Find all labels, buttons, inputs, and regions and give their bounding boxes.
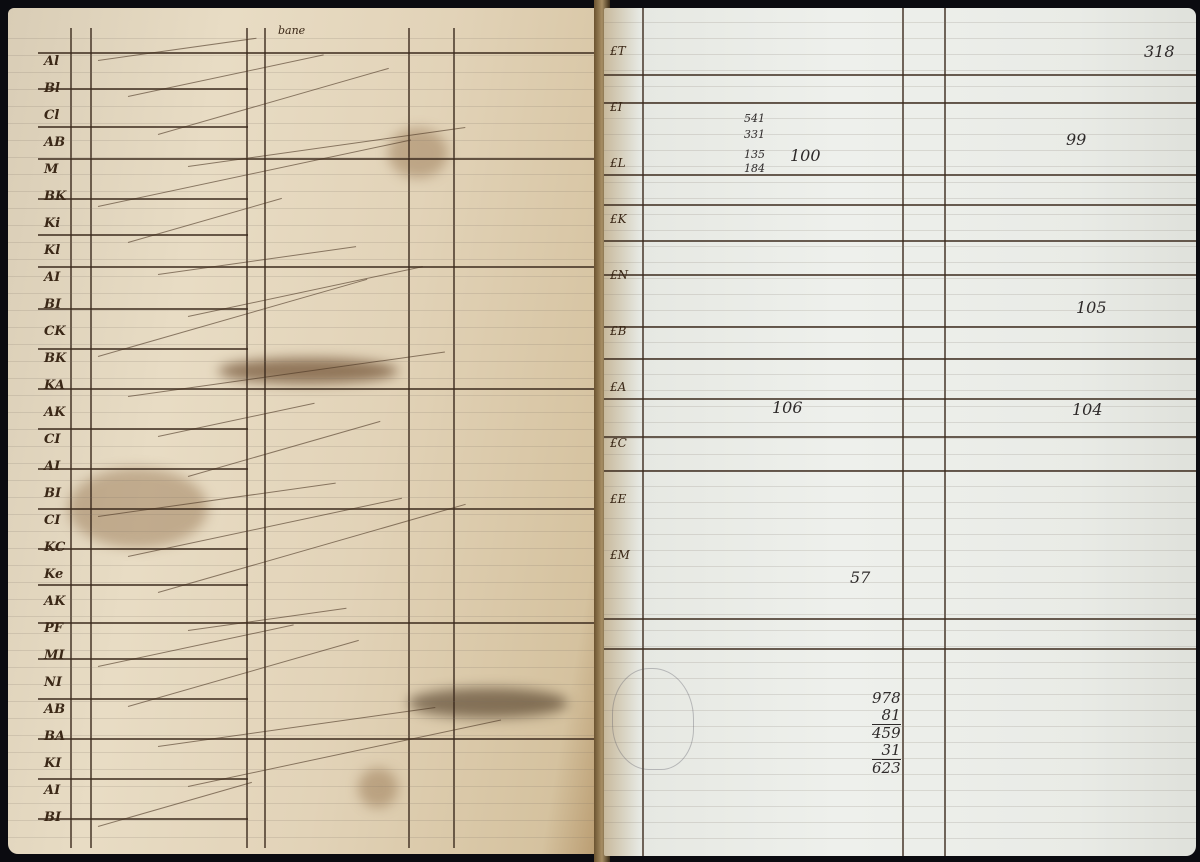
row-label: KA xyxy=(44,378,65,393)
ruled-line xyxy=(8,684,600,685)
ruled-line xyxy=(8,701,600,702)
row-label: £K xyxy=(610,212,627,226)
stacked-figure: 184 xyxy=(744,162,765,175)
ruled-line xyxy=(604,838,1196,839)
column-rule xyxy=(264,28,266,848)
ruled-line xyxy=(604,678,1196,679)
row-label: £I xyxy=(610,100,622,114)
cancellation-stroke xyxy=(158,707,435,747)
cancellation-stroke xyxy=(158,68,389,135)
ledger-line xyxy=(38,698,248,700)
row-label: CI xyxy=(44,432,60,447)
ruled-line xyxy=(8,327,600,328)
row-label: Kl xyxy=(44,243,60,258)
ledger-line xyxy=(38,266,598,268)
ruled-line xyxy=(8,174,600,175)
row-label: BA xyxy=(44,729,65,744)
stacked-figure: 541 xyxy=(744,112,765,125)
ruled-line xyxy=(8,786,600,787)
ruled-line xyxy=(8,276,600,277)
ruled-line xyxy=(8,55,600,56)
ruled-line xyxy=(604,246,1196,247)
ruled-line xyxy=(8,140,600,141)
row-label: £L xyxy=(610,156,626,170)
cancellation-stroke xyxy=(158,246,356,275)
ruled-line xyxy=(8,361,600,362)
ruled-line xyxy=(8,191,600,192)
ruled-line xyxy=(8,446,600,447)
ledger-line xyxy=(604,204,1196,206)
row-label: AB xyxy=(44,702,65,717)
column-rule xyxy=(90,28,92,848)
cancellation-stroke xyxy=(128,198,282,243)
ledger-line xyxy=(604,398,1196,400)
row-label: AI xyxy=(44,783,60,798)
ruled-line xyxy=(604,566,1196,567)
ruled-line xyxy=(604,214,1196,215)
margin-number: 99 xyxy=(1066,130,1086,149)
margin-number: 105 xyxy=(1076,298,1107,317)
ruled-line xyxy=(8,208,600,209)
ledger-line xyxy=(604,74,1196,76)
row-label: Ki xyxy=(44,216,60,231)
row-label: £N xyxy=(610,268,628,282)
cancellation-stroke xyxy=(98,279,367,357)
ruled-line xyxy=(604,150,1196,151)
margin-number: 100 xyxy=(790,146,821,165)
margin-number: 57 xyxy=(850,568,870,587)
ruled-line xyxy=(604,310,1196,311)
row-label: £A xyxy=(610,380,626,394)
ruled-line xyxy=(8,837,600,838)
face-sketch xyxy=(612,668,694,770)
ledger-line xyxy=(38,584,248,586)
sum-total: 623 xyxy=(872,759,901,777)
ruled-line xyxy=(604,822,1196,823)
ruled-line xyxy=(604,614,1196,615)
ruled-line xyxy=(604,38,1196,39)
ruled-line xyxy=(8,650,600,651)
margin-number: 106 xyxy=(772,398,803,417)
ledger-line xyxy=(604,174,1196,176)
row-label: Cl xyxy=(44,108,59,123)
column-rule xyxy=(246,28,248,848)
ruled-line xyxy=(604,534,1196,535)
row-label: CI xyxy=(44,513,60,528)
ledger-line xyxy=(604,648,1196,650)
ledger-line xyxy=(38,428,248,430)
row-label: BK xyxy=(44,351,66,366)
ruled-line xyxy=(604,342,1196,343)
row-label: AK xyxy=(44,405,65,420)
ruled-line xyxy=(604,502,1196,503)
sum-line: 978 xyxy=(872,690,901,707)
ruled-line xyxy=(8,718,600,719)
ruled-line xyxy=(8,242,600,243)
stacked-figure: 135 xyxy=(744,148,765,161)
row-label: AI xyxy=(44,270,60,285)
row-label: PF xyxy=(44,621,63,636)
cancellation-stroke xyxy=(188,608,347,631)
row-label: KI xyxy=(44,756,61,771)
stacked-figure: 331 xyxy=(744,128,765,141)
ruled-line xyxy=(604,422,1196,423)
row-label: Bl xyxy=(44,81,60,96)
ledger-line xyxy=(38,818,248,820)
column-rule xyxy=(944,8,946,856)
ruled-line xyxy=(604,406,1196,407)
row-label: BI xyxy=(44,486,61,501)
ruled-line xyxy=(8,803,600,804)
ruled-line xyxy=(604,22,1196,23)
ruled-line xyxy=(604,262,1196,263)
ruled-line xyxy=(604,662,1196,663)
ledger-line xyxy=(604,326,1196,328)
ruled-line xyxy=(8,599,600,600)
ruled-line xyxy=(604,374,1196,375)
ruled-line xyxy=(8,72,600,73)
ruled-line xyxy=(604,598,1196,599)
ruled-line xyxy=(8,531,600,532)
column-rule xyxy=(408,28,410,848)
row-label: CK xyxy=(44,324,66,339)
ruled-line xyxy=(604,582,1196,583)
ruled-line xyxy=(8,633,600,634)
ruled-line xyxy=(604,70,1196,71)
ruled-line xyxy=(8,310,600,311)
scribble-block xyxy=(408,688,568,718)
row-label: £T xyxy=(610,44,626,58)
ruled-line xyxy=(604,118,1196,119)
row-label: £E xyxy=(610,492,626,506)
ruled-line xyxy=(604,550,1196,551)
ledger-line xyxy=(38,548,248,550)
row-label: M xyxy=(44,162,58,177)
row-label: MI xyxy=(44,648,64,663)
column-rule xyxy=(902,8,904,856)
ruled-line xyxy=(604,182,1196,183)
cancellation-stroke xyxy=(98,38,257,61)
ledger-line xyxy=(604,618,1196,620)
left-page: bane AlBlClABMBKKiKlAIBICKBKKAAKCIAIBICI… xyxy=(8,8,600,854)
sum-block: 978 81 459 31 623 xyxy=(872,690,901,777)
ruled-line xyxy=(604,230,1196,231)
ruled-line xyxy=(8,395,600,396)
cancellation-stroke xyxy=(158,403,315,437)
row-label: BK xyxy=(44,189,66,204)
row-label: BI xyxy=(44,297,61,312)
ruled-line xyxy=(8,480,600,481)
ledger-line xyxy=(38,234,248,236)
ruled-line xyxy=(604,438,1196,439)
row-label: KC xyxy=(44,540,65,555)
ruled-line xyxy=(8,514,600,515)
sum-line: 31 xyxy=(872,742,901,759)
ruled-line xyxy=(604,294,1196,295)
ledger-line xyxy=(38,88,248,90)
ruled-line xyxy=(604,518,1196,519)
ledger-line xyxy=(604,436,1196,438)
ruled-line xyxy=(8,123,600,124)
ledger-line xyxy=(38,508,598,510)
ledger-line xyxy=(38,658,248,660)
ruled-line xyxy=(604,166,1196,167)
stain xyxy=(358,768,398,808)
ruled-line xyxy=(8,752,600,753)
row-label: AB xyxy=(44,135,65,150)
row-label: NI xyxy=(44,675,62,690)
ruled-line xyxy=(8,463,600,464)
ruled-line xyxy=(604,86,1196,87)
ledger-line xyxy=(38,52,598,54)
ruled-line xyxy=(8,378,600,379)
ruled-line xyxy=(8,769,600,770)
ruled-line xyxy=(8,616,600,617)
row-label: AK xyxy=(44,594,65,609)
ledger-line xyxy=(604,240,1196,242)
ruled-line xyxy=(604,646,1196,647)
column-rule xyxy=(453,28,455,848)
ruled-line xyxy=(604,486,1196,487)
row-label: Al xyxy=(44,54,59,69)
sum-line: 459 xyxy=(872,724,901,742)
header-word: bane xyxy=(278,24,305,37)
ruled-line xyxy=(8,820,600,821)
ruled-line xyxy=(604,630,1196,631)
ruled-line xyxy=(8,565,600,566)
ruled-line xyxy=(604,390,1196,391)
ledger-line xyxy=(38,738,598,740)
row-label: AI xyxy=(44,459,60,474)
ledger-line xyxy=(38,348,248,350)
ruled-line xyxy=(8,735,600,736)
margin-number: 104 xyxy=(1072,400,1103,419)
ruled-line xyxy=(604,198,1196,199)
row-label: £C xyxy=(610,436,627,450)
ruled-line xyxy=(604,790,1196,791)
manuscript-photo: bane AlBlClABMBKKiKlAIBICKBKKAAKCIAIBICI… xyxy=(0,0,1200,862)
ruled-line xyxy=(8,412,600,413)
ledger-line xyxy=(38,198,248,200)
ledger-line xyxy=(604,470,1196,472)
row-label: £M xyxy=(610,548,630,562)
ruled-line xyxy=(604,134,1196,135)
ledger-line xyxy=(604,102,1196,104)
ruled-line xyxy=(8,344,600,345)
ruled-line xyxy=(8,582,600,583)
column-rule xyxy=(70,28,72,848)
ruled-line xyxy=(8,293,600,294)
ruled-line xyxy=(8,38,600,39)
sum-line: 81 xyxy=(872,707,901,724)
ruled-line xyxy=(604,806,1196,807)
ruled-line xyxy=(8,106,600,107)
cancellation-stroke xyxy=(128,54,324,97)
row-label: BI xyxy=(44,810,61,825)
ledger-line xyxy=(38,388,598,390)
ruled-line xyxy=(604,54,1196,55)
ruled-line xyxy=(8,497,600,498)
ruled-line xyxy=(8,259,600,260)
ruled-line xyxy=(604,278,1196,279)
ledger-line xyxy=(38,126,248,128)
ledger-line xyxy=(38,622,598,624)
ledger-line xyxy=(604,274,1196,276)
row-label: Ke xyxy=(44,567,63,582)
ruled-line xyxy=(8,225,600,226)
ruled-line xyxy=(8,667,600,668)
ledger-line xyxy=(604,358,1196,360)
row-label: £B xyxy=(610,324,626,338)
page-number: 318 xyxy=(1144,42,1175,61)
ruled-line xyxy=(604,454,1196,455)
